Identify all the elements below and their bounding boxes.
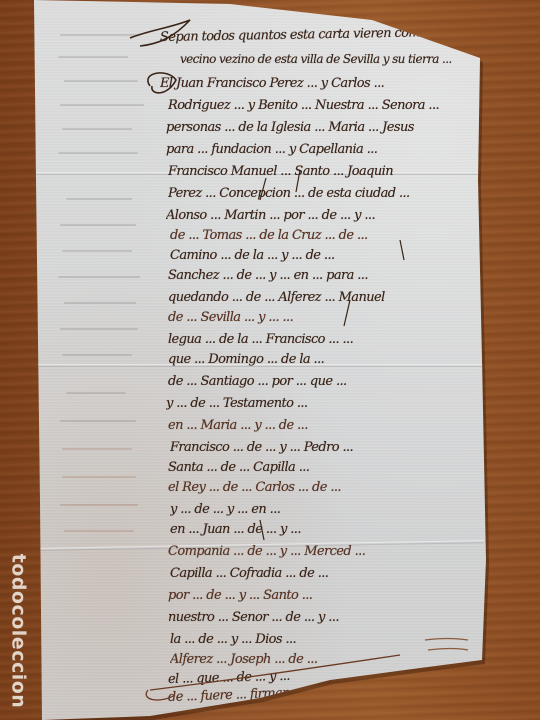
watermark-text: todocoleccion bbox=[7, 553, 29, 708]
signature-flourish bbox=[0, 0, 540, 720]
manuscript-paper: Sepan todos quantos esta carta vieren co… bbox=[0, 0, 540, 720]
photo-scene: Sepan todos quantos esta carta vieren co… bbox=[0, 0, 540, 720]
watermark: todocoleccion bbox=[2, 548, 34, 713]
